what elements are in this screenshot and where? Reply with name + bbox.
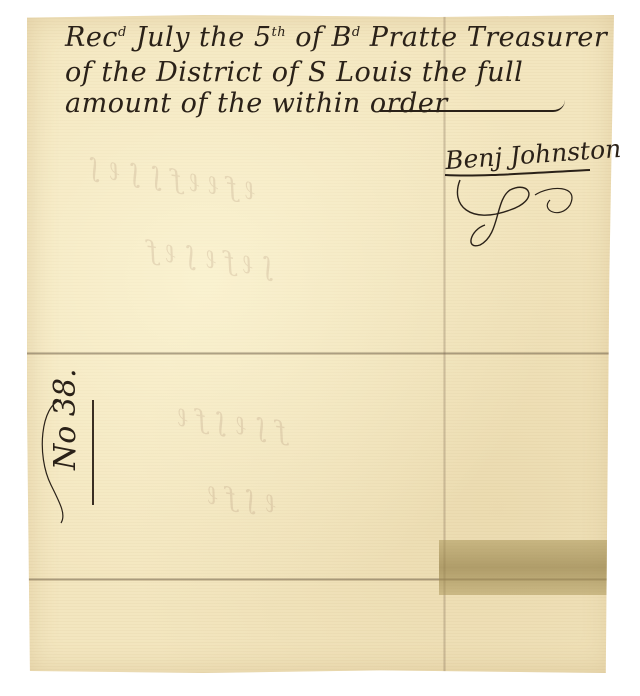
line-end-flourish [380, 100, 565, 112]
docket-number: No 38. [48, 368, 83, 470]
signature-flourish-icon [440, 165, 600, 255]
ink-bleed-through: ℓ ∫ ƒ ℓ [205, 480, 278, 519]
ink-bleed-through: ∫ ℓ ƒ ℓ ∫ ℓ ƒ [146, 236, 277, 284]
receipt-line-2: of the District of S Louis the full [65, 57, 523, 88]
receipt-line-1: Recd July the 5th of Bd Pratte Treasurer [65, 22, 607, 53]
ink-bleed-through: ℓ ƒ ℓ ℓ ƒ ∫ ∫ ℓ ∫ [86, 153, 258, 206]
ink-bleed-through: ƒ ∫ ℓ ∫ ƒ ℓ [175, 403, 287, 448]
tape-strip [439, 540, 614, 595]
docket-rule [92, 400, 94, 505]
horizontal-fold [27, 352, 614, 355]
